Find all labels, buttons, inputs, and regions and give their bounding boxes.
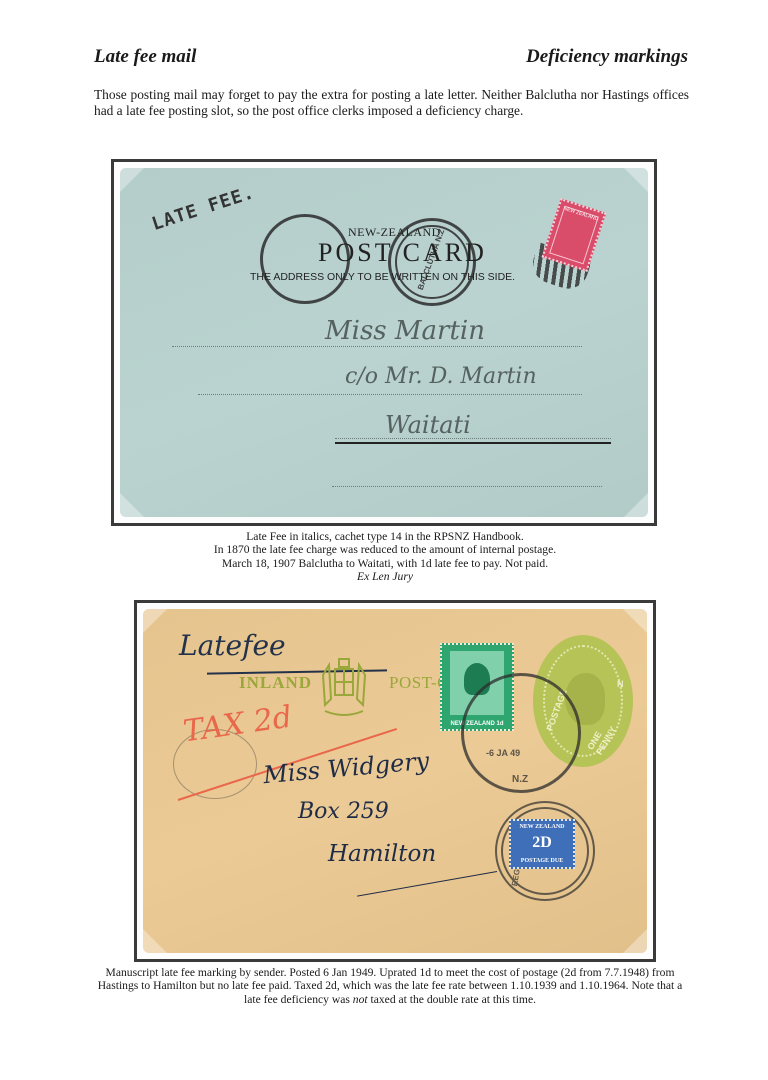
due-stamp-country: NEW ZEALAND xyxy=(511,824,573,830)
photo-corner xyxy=(143,609,167,633)
address-line-3: Hamilton xyxy=(328,841,436,867)
postcard-1-frame: LATE FEE. BALCLUTHA N.Z NEW-ZEALAND POST… xyxy=(111,159,657,526)
caption-2-emphasis: not xyxy=(353,993,368,1006)
card-inland-label: INLAND xyxy=(239,673,312,693)
photo-corner xyxy=(624,168,648,192)
page-title-right: Deficiency markings xyxy=(526,46,688,68)
photo-corner xyxy=(623,929,647,953)
address-underline xyxy=(335,442,611,444)
caption-2-text-end: taxed at the double rate at this time. xyxy=(368,993,536,1006)
address-line xyxy=(198,394,582,395)
caption-1-line-1: Late Fee in italics, cachet type 14 in t… xyxy=(100,530,670,543)
coat-of-arms-icon xyxy=(315,655,373,725)
address-line-3: Waitati xyxy=(385,411,471,439)
address-line-2: c/o Mr. D. Martin xyxy=(345,364,537,389)
caption-1-line-2: In 1870 the late fee charge was reduced … xyxy=(100,543,670,556)
caption-1-line-3: March 18, 1907 Balclutha to Waitati, wit… xyxy=(100,557,670,570)
postcard-2-image: Latefee INLAND POST-C POSTAGE ONE PENNY … xyxy=(143,609,647,953)
address-underline xyxy=(357,871,497,897)
due-stamp-value: 2D xyxy=(511,834,573,852)
intro-paragraph: Those posting mail may forget to pay the… xyxy=(94,87,689,118)
address-line xyxy=(335,438,611,439)
tax-2d-marking: TAX 2d xyxy=(181,700,294,750)
address-line xyxy=(332,486,602,487)
postmark-hastings: -6 JA 49 N.Z xyxy=(461,673,581,793)
photo-corner xyxy=(120,493,144,517)
late-fee-cachet: LATE FEE. xyxy=(149,182,257,235)
postmark-bottom: N.Z xyxy=(512,774,528,785)
postcard-1-image: LATE FEE. BALCLUTHA N.Z NEW-ZEALAND POST… xyxy=(120,168,648,517)
address-line xyxy=(172,346,582,347)
embossed-letter: N xyxy=(617,679,624,689)
manuscript-late-fee: Latefee xyxy=(179,629,286,662)
photo-corner xyxy=(624,493,648,517)
due-stamp-label: POSTAGE DUE xyxy=(511,858,573,864)
address-line-1: Miss Widgery xyxy=(262,747,430,789)
photo-corner xyxy=(143,929,167,953)
caption-2: Manuscript late fee marking by sender. P… xyxy=(90,966,690,1006)
photo-corner xyxy=(120,168,144,192)
postage-due-stamp-2d: NEW ZEALAND 2D POSTAGE DUE xyxy=(509,819,575,869)
card-title: POST CARD xyxy=(318,238,487,268)
address-line-2: Box 259 xyxy=(298,799,389,824)
provenance: Ex Len Jury xyxy=(100,570,670,583)
page-title-left: Late fee mail xyxy=(94,46,196,68)
postcard-2-frame: Latefee INLAND POST-C POSTAGE ONE PENNY … xyxy=(134,600,656,962)
photo-corner xyxy=(623,609,647,633)
postmark-date: -6 JA 49 xyxy=(486,748,520,758)
caption-1: Late Fee in italics, cachet type 14 in t… xyxy=(100,530,670,584)
address-line-1: Miss Martin xyxy=(325,316,485,346)
card-instruction: THE ADDRESS ONLY TO BE WRITTEN ON THIS S… xyxy=(250,271,515,283)
